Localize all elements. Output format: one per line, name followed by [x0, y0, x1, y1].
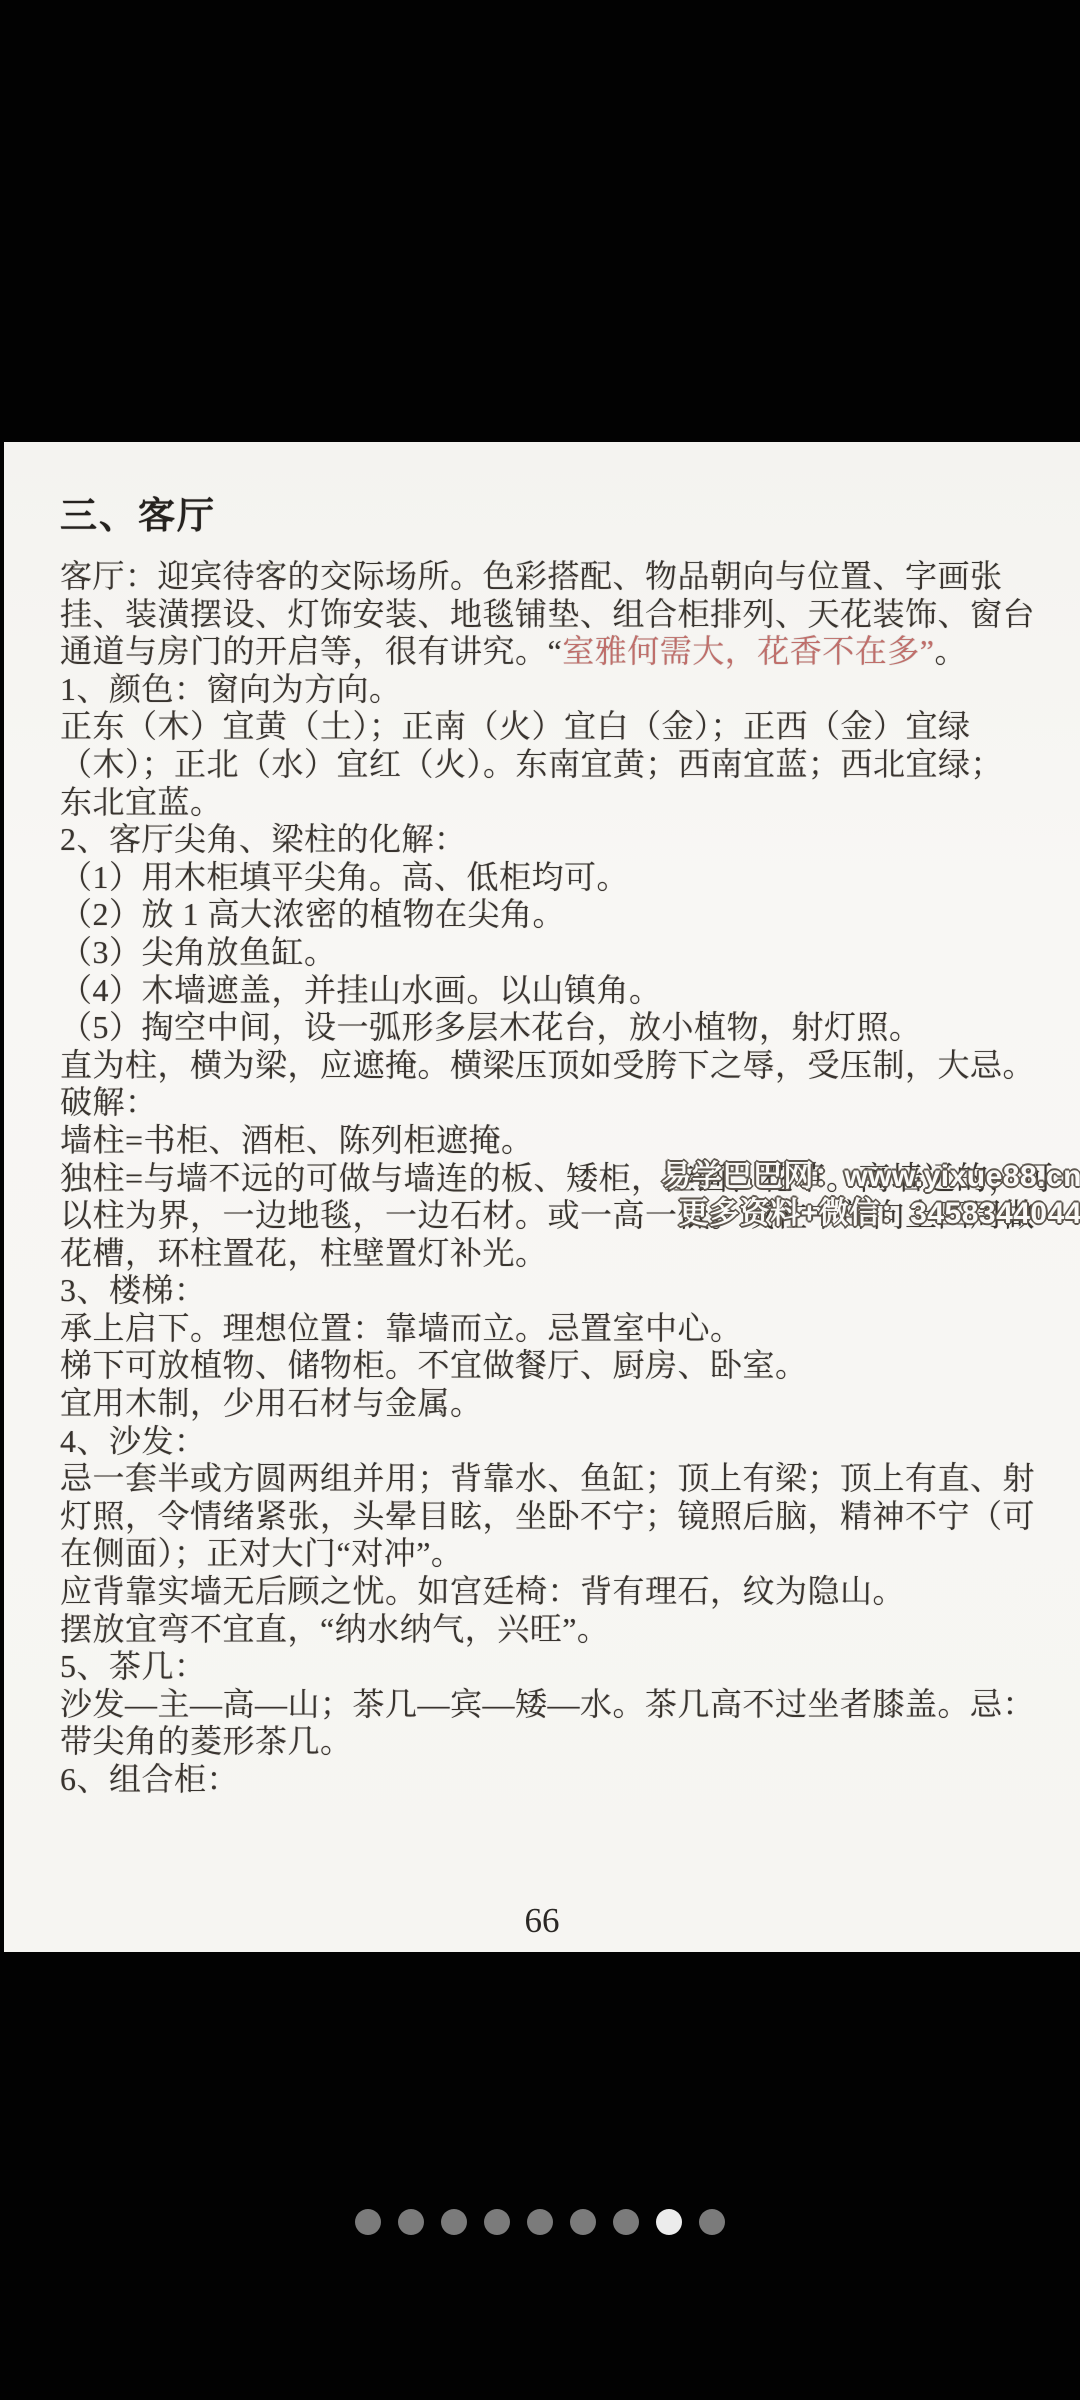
pagination-dot[interactable] [441, 2209, 467, 2235]
text-line: 直为柱，横为梁，应遮掩。横梁压顶如受胯下之辱，受压制，大忌。 [60, 1047, 1030, 1085]
text-line: （2）放 1 高大浓密的植物在尖角。 [60, 896, 1030, 934]
page-content: 三、客厅 客厅：迎宾待客的交际场所。色彩搭配、物品朝向与位置、字画张挂、装潢摆设… [4, 442, 1080, 1799]
text-line: 忌一套半或方圆两组并用；背靠水、鱼缸；顶上有梁；顶上有直、射 [60, 1460, 1030, 1498]
pagination-dot[interactable] [699, 2209, 725, 2235]
text-line: 6、组合柜： [60, 1761, 1030, 1799]
book-page: 三、客厅 客厅：迎宾待客的交际场所。色彩搭配、物品朝向与位置、字画张挂、装潢摆设… [4, 442, 1080, 1952]
text-line: 沙发—主—高—山；茶几—宾—矮—水。茶几高不过坐者膝盖。忌： [60, 1686, 1030, 1724]
text-line: 梯下可放植物、储物柜。不宜做餐厅、厨房、卧室。 [60, 1347, 1030, 1385]
text-line: 摆放宜弯不宜直，“纳水纳气，兴旺”。 [60, 1611, 1030, 1649]
watermark-contact: 更多资料+微信：3458344044 [661, 1195, 1080, 1232]
text-line: （5）掏空中间，设一弧形多层木花台，放小植物，射灯照。 [60, 1009, 1030, 1047]
text-line: 通道与房门的开启等，很有讲究。“室雅何需大，花香不在多”。 [60, 633, 1030, 671]
page-number: 66 [4, 1900, 1080, 1942]
text-line: 灯照，令情绪紧张，头晕目眩，坐卧不宁；镜照后脑，精神不宁（可 [60, 1498, 1030, 1536]
text-line: 正东（木）宜黄（土）；正南（火）宜白（金）；正西（金）宜绿 [60, 708, 1030, 746]
watermark-site: 易学巴巴网：www.yixue88.cn [661, 1158, 1080, 1195]
pagination-dots [0, 2209, 1080, 2235]
text-line: 墙柱=书柜、酒柜、陈列柜遮掩。 [60, 1122, 1030, 1160]
text-line: 宜用木制，少用石材与金属。 [60, 1385, 1030, 1423]
pagination-dot[interactable] [355, 2209, 381, 2235]
text-line: 破解： [60, 1084, 1030, 1122]
text-line: （1）用木柜填平尖角。高、低柜均可。 [60, 859, 1030, 897]
pagination-dot[interactable] [398, 2209, 424, 2235]
pagination-dot[interactable] [484, 2209, 510, 2235]
text-line: 2、客厅尖角、梁柱的化解： [60, 821, 1030, 859]
text-line: 4、沙发： [60, 1423, 1030, 1461]
text-line: 在侧面）；正对大门“对冲”。 [60, 1535, 1030, 1573]
text-line: 东北宜蓝。 [60, 784, 1030, 822]
reader-background: 三、客厅 客厅：迎宾待客的交际场所。色彩搭配、物品朝向与位置、字画张挂、装潢摆设… [0, 0, 1080, 2400]
text-line: （木）；正北（水）宜红（火）。东南宜黄；西南宜蓝；西北宜绿； [60, 746, 1030, 784]
text-line: 1、颜色：窗向为方向。 [60, 671, 1030, 709]
text-line: 承上启下。理想位置：靠墙而立。忌置室中心。 [60, 1310, 1030, 1348]
text-line: 挂、装潢摆设、灯饰安装、地毯铺垫、组合柜排列、天花装饰、窗台 [60, 596, 1030, 634]
pagination-dot[interactable] [527, 2209, 553, 2235]
watermark: 易学巴巴网：www.yixue88.cn 更多资料+微信：3458344044 [661, 1158, 1080, 1232]
text-line: 花槽，环柱置花，柱壁置灯补光。 [60, 1235, 1030, 1273]
pagination-dot[interactable] [613, 2209, 639, 2235]
text-line: 3、楼梯： [60, 1272, 1030, 1310]
text-line: 带尖角的菱形茶几。 [60, 1723, 1030, 1761]
highlighted-quote: 室雅何需大，花香不在多” [562, 633, 934, 669]
pagination-dot-active[interactable] [656, 2209, 682, 2235]
text-line: （4）木墙遮盖，并挂山水画。以山镇角。 [60, 972, 1030, 1010]
text-segment: 。 [934, 633, 967, 669]
text-line: 应背靠实墙无后顾之忧。如宫廷椅：背有理石，纹为隐山。 [60, 1573, 1030, 1611]
section-title: 三、客厅 [60, 494, 1030, 540]
text-line: 客厅：迎宾待客的交际场所。色彩搭配、物品朝向与位置、字画张 [60, 558, 1030, 596]
text-line: （3）尖角放鱼缸。 [60, 934, 1030, 972]
text-line: 5、茶几： [60, 1648, 1030, 1686]
pagination-dot[interactable] [570, 2209, 596, 2235]
text-segment: 通道与房门的开启等，很有讲究。“ [60, 633, 562, 669]
